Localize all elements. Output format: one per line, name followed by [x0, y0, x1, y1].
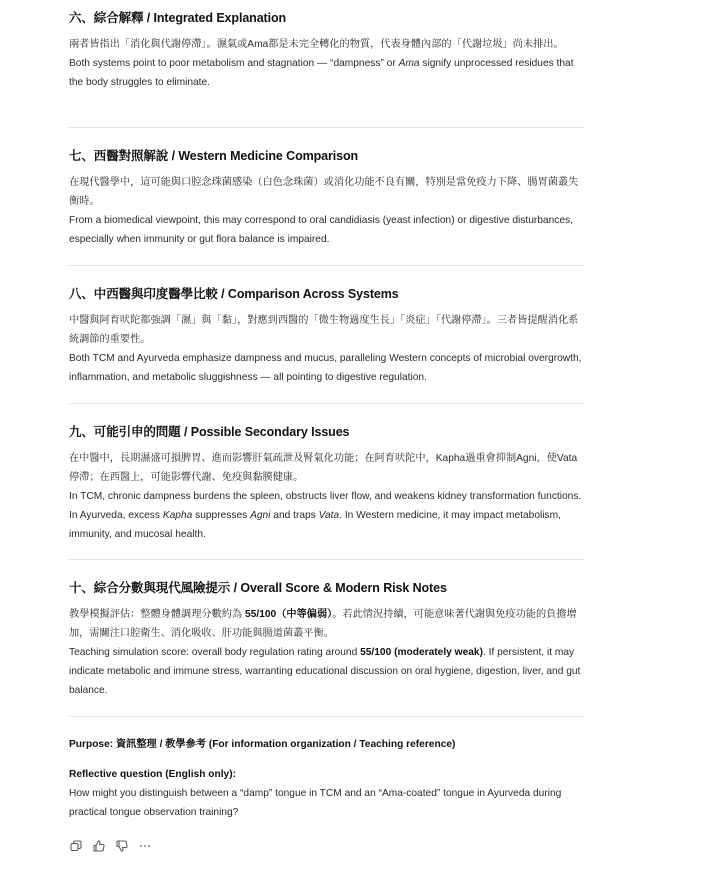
italic-term: Kapha: [163, 510, 192, 521]
section-title: 六、綜合解釋 / Integrated Explanation: [69, 9, 584, 27]
section-zh-text: 教學模擬評估：整體身體調理分數約為 55/100（中等偏弱）。若此情況持續，可能…: [69, 605, 584, 643]
section-zh-text: 中醫與阿育吠陀都強調「濕」與「黏」，對應到西醫的「微生物過度生長」「炎症」「代謝…: [69, 311, 584, 349]
text-span: Both systems point to poor metabolism an…: [69, 58, 399, 69]
score-highlight: 55/100（中等偏弱）: [245, 609, 332, 620]
divider: [69, 127, 584, 128]
divider: [69, 559, 584, 560]
text-span: Teaching simulation score: overall body …: [69, 647, 360, 658]
reflective-question: Reflective question (English only): How …: [69, 765, 584, 822]
section-overall-score: 十、綜合分數與現代風險提示 / Overall Score & Modern R…: [69, 579, 584, 700]
section-en-text: In TCM, chronic dampness burdens the spl…: [69, 487, 584, 544]
message-actions: [69, 838, 152, 854]
italic-term: Agni: [250, 510, 270, 521]
section-secondary-issues: 九、可能引申的問題 / Possible Secondary Issues 在中…: [69, 423, 584, 544]
section-en-text: From a biomedical viewpoint, this may co…: [69, 211, 584, 249]
more-icon: [139, 840, 151, 852]
text-span: and traps: [270, 510, 318, 521]
section-zh-text: 兩者皆指出「消化與代謝停滯」。濕氣或Ama都是未完全轉化的物質，代表身體內部的「…: [69, 35, 584, 54]
thumbs-down-icon: [116, 840, 128, 852]
section-en-text: Both TCM and Ayurveda emphasize dampness…: [69, 349, 584, 387]
section-title: 十、綜合分數與現代風險提示 / Overall Score & Modern R…: [69, 579, 584, 597]
divider: [69, 403, 584, 404]
section-title: 九、可能引申的問題 / Possible Secondary Issues: [69, 423, 584, 441]
copy-icon: [70, 840, 82, 852]
italic-term: Ama: [399, 58, 420, 69]
reflective-question-text: How might you distinguish between a “dam…: [69, 784, 584, 822]
thumbs-up-icon: [93, 840, 105, 852]
section-zh-text: 在中醫中，長期濕盛可損脾胃、進而影響肝氣疏泄及腎氣化功能；在阿育吠陀中，Kaph…: [69, 449, 584, 487]
section-en-text: Teaching simulation score: overall body …: [69, 643, 584, 700]
purpose-text: Purpose: 資訊整理 / 教學參考 (For information or…: [69, 739, 455, 750]
copy-button[interactable]: [69, 838, 83, 854]
divider: [69, 716, 584, 717]
section-en-text: Both systems point to poor metabolism an…: [69, 54, 584, 92]
section-title: 八、中西醫與印度醫學比較 / Comparison Across Systems: [69, 285, 584, 303]
divider: [69, 265, 584, 266]
section-western-comparison: 七、西醫對照解說 / Western Medicine Comparison 在…: [69, 147, 584, 249]
italic-term: Vata: [319, 510, 340, 521]
thumbs-down-button[interactable]: [115, 838, 129, 854]
thumbs-up-button[interactable]: [92, 838, 106, 854]
section-comparison-systems: 八、中西醫與印度醫學比較 / Comparison Across Systems…: [69, 285, 584, 387]
section-zh-text: 在現代醫學中，這可能與口腔念珠菌感染（白色念珠菌）或消化功能不良有關，特別是當免…: [69, 173, 584, 211]
section-title: 七、西醫對照解說 / Western Medicine Comparison: [69, 147, 584, 165]
reflective-label-line: Reflective question (English only):: [69, 765, 584, 784]
text-span: suppresses: [192, 510, 250, 521]
reflective-label: Reflective question (English only):: [69, 769, 236, 780]
section-integrated-explanation: 六、綜合解釋 / Integrated Explanation 兩者皆指出「消化…: [69, 9, 584, 92]
more-options-button[interactable]: [138, 838, 152, 854]
score-highlight: 55/100 (moderately weak): [360, 647, 483, 658]
text-span: 教學模擬評估：整體身體調理分數約為: [69, 609, 245, 620]
purpose-line: Purpose: 資訊整理 / 教學參考 (For information or…: [69, 735, 584, 754]
